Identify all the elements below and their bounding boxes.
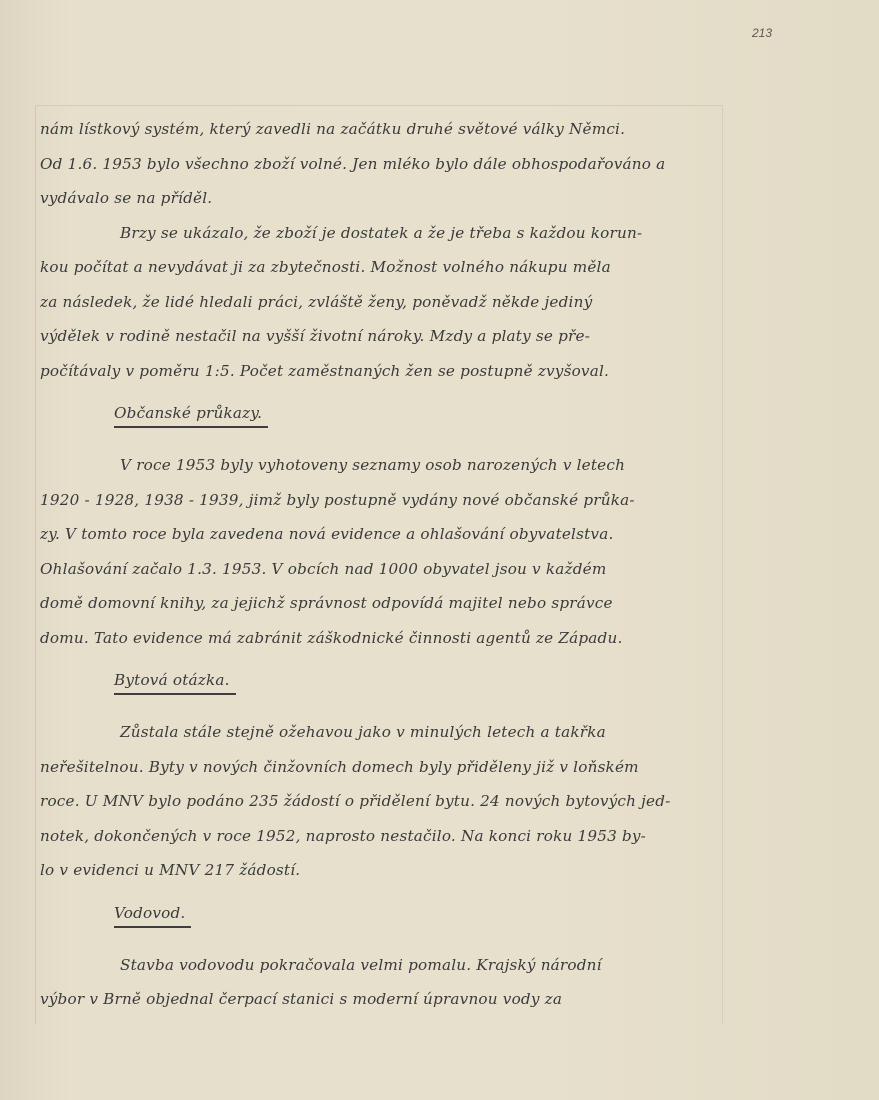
text-line: vydávalo se na příděl. [40, 181, 710, 216]
text-line: Brzy se ukázalo, že zboží je dostatek a … [40, 216, 710, 251]
text-line: 1920 - 1928, 1938 - 1939, jimž byly post… [40, 483, 710, 518]
text-line: V roce 1953 byly vyhotoveny seznamy osob… [40, 448, 710, 483]
text-line: roce. U MNV bylo podáno 235 žádostí o př… [40, 784, 710, 819]
section-heading-vodovod: Vodovod. [114, 900, 191, 928]
text-line: nám lístkový systém, který zavedli na za… [40, 112, 710, 147]
text-line: za následek, že lidé hledali práci, zvlá… [40, 285, 710, 320]
text-line: zy. V tomto roce byla zavedena nová evid… [40, 517, 710, 552]
handwritten-text: nám lístkový systém, který zavedli na za… [40, 112, 710, 1017]
text-line: neřešitelnou. Byty v nových činžovních d… [40, 750, 710, 785]
text-line: počítávaly v poměru 1:5. Počet zaměstnan… [40, 354, 710, 389]
text-line: kou počítat a nevydávat ji za zbytečnost… [40, 250, 710, 285]
section-heading-bytova-otazka: Bytová otázka. [114, 667, 236, 695]
text-line: domu. Tato evidence má zabránit záškodni… [40, 621, 710, 656]
text-line: Od 1.6. 1953 bylo všechno zboží volné. J… [40, 147, 710, 182]
text-line: výbor v Brně objednal čerpací stanici s … [40, 982, 710, 1017]
text-line: výdělek v rodině nestačil na vyšší život… [40, 319, 710, 354]
text-line: lo v evidenci u MNV 217 žádostí. [40, 853, 710, 888]
page-number: 213 [752, 26, 772, 40]
text-line: domě domovní knihy, za jejichž správnost… [40, 586, 710, 621]
text-line: notek, dokončených v roce 1952, naprosto… [40, 819, 710, 854]
text-line: Stavba vodovodu pokračovala velmi pomalu… [40, 948, 710, 983]
text-line: Zůstala stále stejně ožehavou jako v min… [40, 715, 710, 750]
scanned-page: 213 nám lístkový systém, který zavedli n… [0, 0, 879, 1100]
section-heading-obcanske-prukazy: Občanské průkazy. [114, 400, 268, 428]
text-line: Ohlašování začalo 1.3. 1953. V obcích na… [40, 552, 710, 587]
